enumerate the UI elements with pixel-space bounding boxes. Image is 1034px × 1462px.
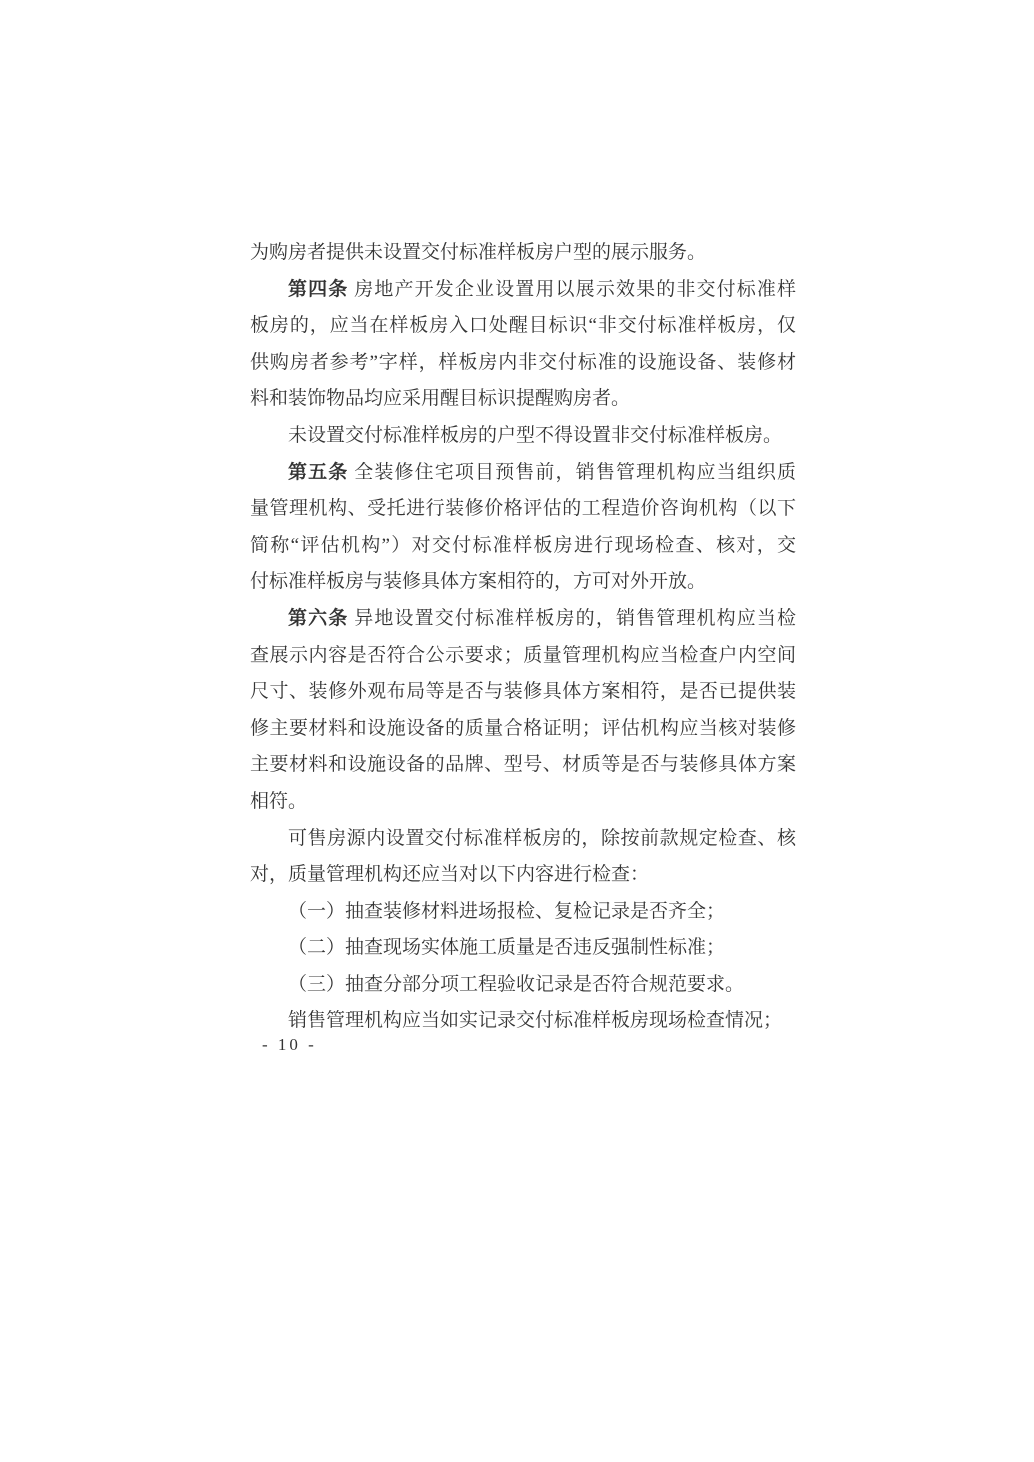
text-segment: 相符。 [250, 791, 307, 812]
text-segment: 料和装饰物品均应采用醒目标识提醒购房者。 [250, 388, 630, 409]
text-line: 销售管理机构应当如实记录交付标准样板房现场检查情况； [250, 1003, 796, 1040]
text-segment: 付标准样板房与装修具体方案相符的，方可对外开放。 [250, 571, 706, 592]
text-line: 查展示内容是否符合公示要求；质量管理机构应当检查户内空间 [250, 638, 796, 675]
text-line: 料和装饰物品均应采用醒目标识提醒购房者。 [250, 381, 796, 418]
text-segment: 量管理机构、受托进行装修价格评估的工程造价咨询机构（以下 [250, 498, 796, 519]
text-segment: （一）抽查装修材料进场报检、复检记录是否齐全； [288, 901, 725, 922]
text-line: 量管理机构、受托进行装修价格评估的工程造价咨询机构（以下 [250, 491, 796, 528]
text-segment: 供购房者参考”字样，样板房内非交付标准的设施设备、装修材 [250, 352, 796, 373]
text-line: 主要材料和设施设备的品牌、型号、材质等是否与装修具体方案 [250, 747, 796, 784]
text-line: （二）抽查现场实体施工质量是否违反强制性标准； [250, 930, 796, 967]
text-segment: （三）抽查分部分项工程验收记录是否符合规范要求。 [288, 974, 744, 995]
text-line: （一）抽查装修材料进场报检、复检记录是否齐全； [250, 894, 796, 931]
article-number: 第四条 [288, 279, 348, 300]
text-segment: 全装修住宅项目预售前，销售管理机构应当组织质 [348, 462, 796, 483]
text-segment: 主要材料和设施设备的品牌、型号、材质等是否与装修具体方案 [250, 754, 796, 775]
article-number: 第五条 [288, 462, 348, 483]
text-line: 为购房者提供未设置交付标准样板房户型的展示服务。 [250, 235, 796, 272]
text-segment: 尺寸、装修外观布局等是否与装修具体方案相符，是否已提供装 [250, 681, 796, 702]
text-segment: 销售管理机构应当如实记录交付标准样板房现场检查情况； [288, 1010, 782, 1031]
text-line: 供购房者参考”字样，样板房内非交付标准的设施设备、装修材 [250, 345, 796, 382]
text-line: 对，质量管理机构还应当对以下内容进行检查： [250, 857, 796, 894]
text-segment: 房地产开发企业设置用以展示效果的非交付标准样 [348, 279, 796, 300]
text-line: 板房的，应当在样板房入口处醒目标识“非交付标准样板房，仅 [250, 308, 796, 345]
text-segment: 板房的，应当在样板房入口处醒目标识“非交付标准样板房，仅 [250, 315, 796, 336]
text-line: 第四条 房地产开发企业设置用以展示效果的非交付标准样 [250, 272, 796, 309]
text-line: 第六条 异地设置交付标准样板房的，销售管理机构应当检 [250, 601, 796, 638]
text-line: 相符。 [250, 784, 796, 821]
text-segment: 为购房者提供未设置交付标准样板房户型的展示服务。 [250, 242, 706, 263]
text-line: 尺寸、装修外观布局等是否与装修具体方案相符，是否已提供装 [250, 674, 796, 711]
text-segment: 简称“评估机构”）对交付标准样板房进行现场检查、核对，交 [250, 535, 796, 556]
document-body: 为购房者提供未设置交付标准样板房户型的展示服务。第四条 房地产开发企业设置用以展… [250, 235, 796, 1040]
text-line: 未设置交付标准样板房的户型不得设置非交付标准样板房。 [250, 418, 796, 455]
text-segment: 可售房源内设置交付标准样板房的，除按前款规定检查、核 [288, 828, 796, 849]
text-line: 可售房源内设置交付标准样板房的，除按前款规定检查、核 [250, 821, 796, 858]
text-segment: 查展示内容是否符合公示要求；质量管理机构应当检查户内空间 [250, 645, 796, 666]
text-line: 修主要材料和设施设备的质量合格证明；评估机构应当核对装修 [250, 711, 796, 748]
article-number: 第六条 [288, 608, 348, 629]
text-segment: （二）抽查现场实体施工质量是否违反强制性标准； [288, 937, 725, 958]
text-segment: 修主要材料和设施设备的质量合格证明；评估机构应当核对装修 [250, 718, 796, 739]
document-page: 为购房者提供未设置交付标准样板房户型的展示服务。第四条 房地产开发企业设置用以展… [0, 0, 1034, 1462]
text-line: 付标准样板房与装修具体方案相符的，方可对外开放。 [250, 564, 796, 601]
text-line: 第五条 全装修住宅项目预售前，销售管理机构应当组织质 [250, 455, 796, 492]
text-line: 简称“评估机构”）对交付标准样板房进行现场检查、核对，交 [250, 528, 796, 565]
text-segment: 未设置交付标准样板房的户型不得设置非交付标准样板房。 [288, 425, 782, 446]
page-number: - 10 - [262, 1031, 317, 1059]
text-segment: 对，质量管理机构还应当对以下内容进行检查： [250, 864, 649, 885]
text-segment: 异地设置交付标准样板房的，销售管理机构应当检 [348, 608, 796, 629]
text-line: （三）抽查分部分项工程验收记录是否符合规范要求。 [250, 967, 796, 1004]
